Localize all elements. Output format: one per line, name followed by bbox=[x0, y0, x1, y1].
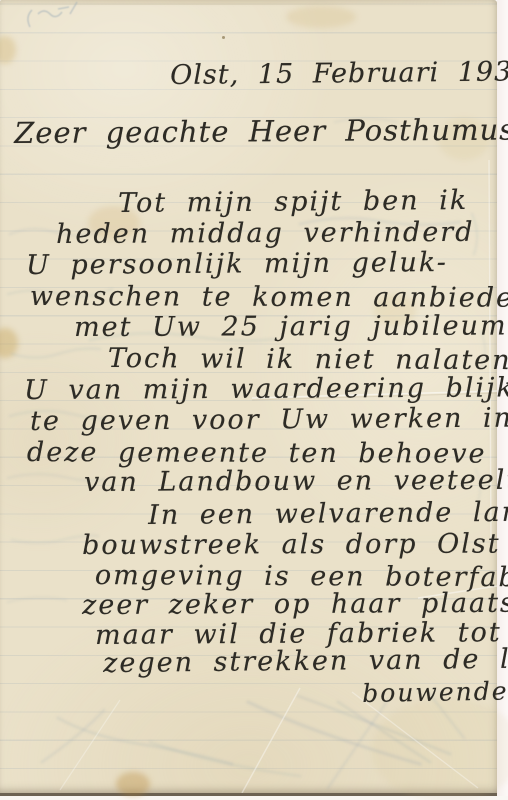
foxing-stain bbox=[0, 36, 16, 64]
ink-speck bbox=[222, 36, 225, 39]
letter-line: In een welvarende land- bbox=[148, 496, 508, 531]
letter-line: Toch wil ik niet nalaten bbox=[108, 343, 508, 376]
letter-line: zegen strekken van de land- bbox=[103, 643, 508, 679]
date-line: Olst, 15 Februari 1930. bbox=[170, 56, 508, 91]
scanned-letter: Olst, 15 Februari 1930. Zeer geachte Hee… bbox=[0, 0, 508, 800]
catchword: bouwende bbox=[362, 676, 508, 708]
salutation: Zeer geachte Heer Posthumus, bbox=[14, 112, 508, 150]
letter-line: te geven voor Uw werken in bbox=[30, 403, 508, 437]
foxing-stain bbox=[286, 6, 356, 28]
foxing-stain bbox=[372, 698, 508, 800]
letter-line: bouwstreek als dorp Olst en bbox=[82, 528, 508, 561]
letter-line: U persoonlijk mijn geluk- bbox=[26, 247, 448, 281]
letter-line: zeer zeker op haar plaats, bbox=[82, 588, 508, 621]
letter-line: Tot mijn spijt ben ik bbox=[118, 185, 468, 219]
letter-line: U van mijn waardeering blijk bbox=[24, 372, 508, 406]
foxing-stain bbox=[116, 772, 150, 796]
scanner-background-bottom bbox=[0, 796, 508, 800]
letter-paper: Olst, 15 Februari 1930. Zeer geachte Hee… bbox=[0, 0, 497, 796]
pencil-annotation bbox=[28, 2, 77, 27]
letter-line: met Uw 25 jarig jubileum bbox=[74, 310, 508, 343]
letter-line: wenschen te komen aanbieden bbox=[30, 281, 508, 314]
foxing-stain bbox=[0, 328, 18, 358]
letter-line: heden middag verhinderd bbox=[56, 217, 475, 250]
letter-line: van Landbouw en veeteelt. bbox=[84, 465, 508, 498]
